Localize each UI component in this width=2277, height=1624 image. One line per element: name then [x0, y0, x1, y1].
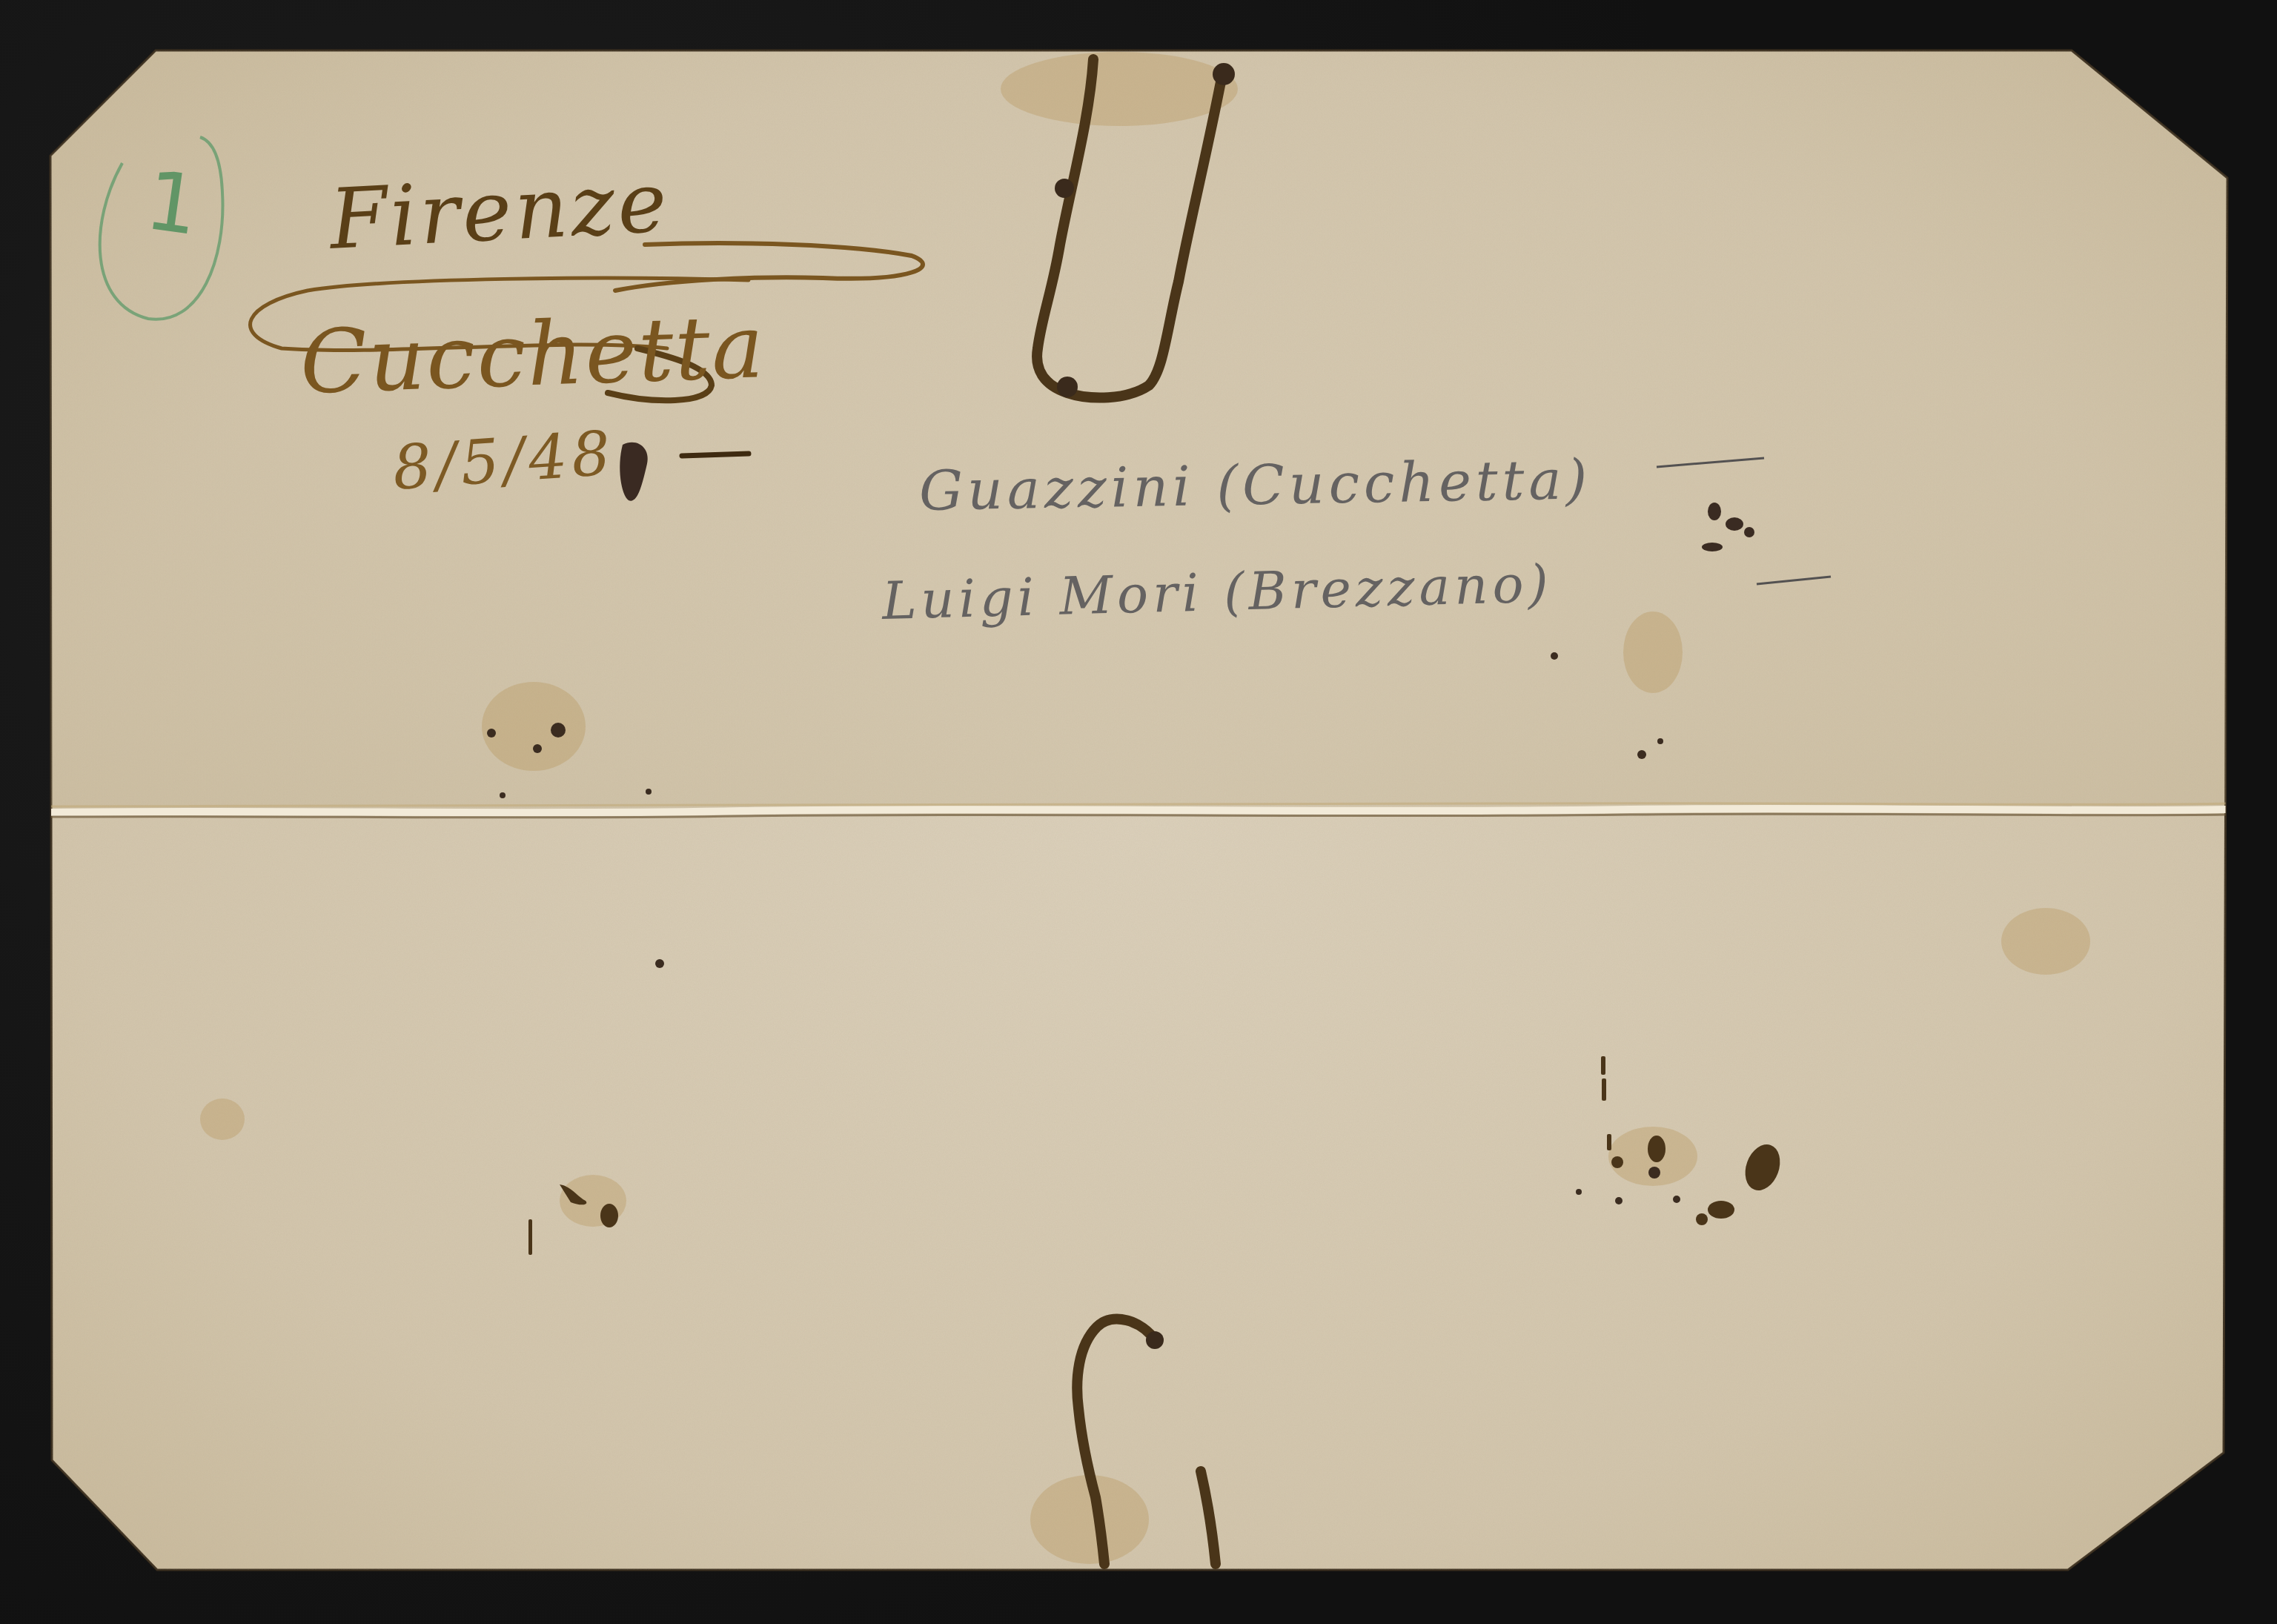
fold-crease [50, 809, 2227, 812]
document-scan: 1 Firenze Cucchetta 8/5/48 Guazzini (Cuc… [0, 0, 2277, 1624]
author-signature: Cucchetta [299, 295, 767, 414]
place-inscription: Firenze [328, 154, 672, 268]
pencil-note-1: Guazzini (Cucchetta) [918, 448, 1592, 523]
